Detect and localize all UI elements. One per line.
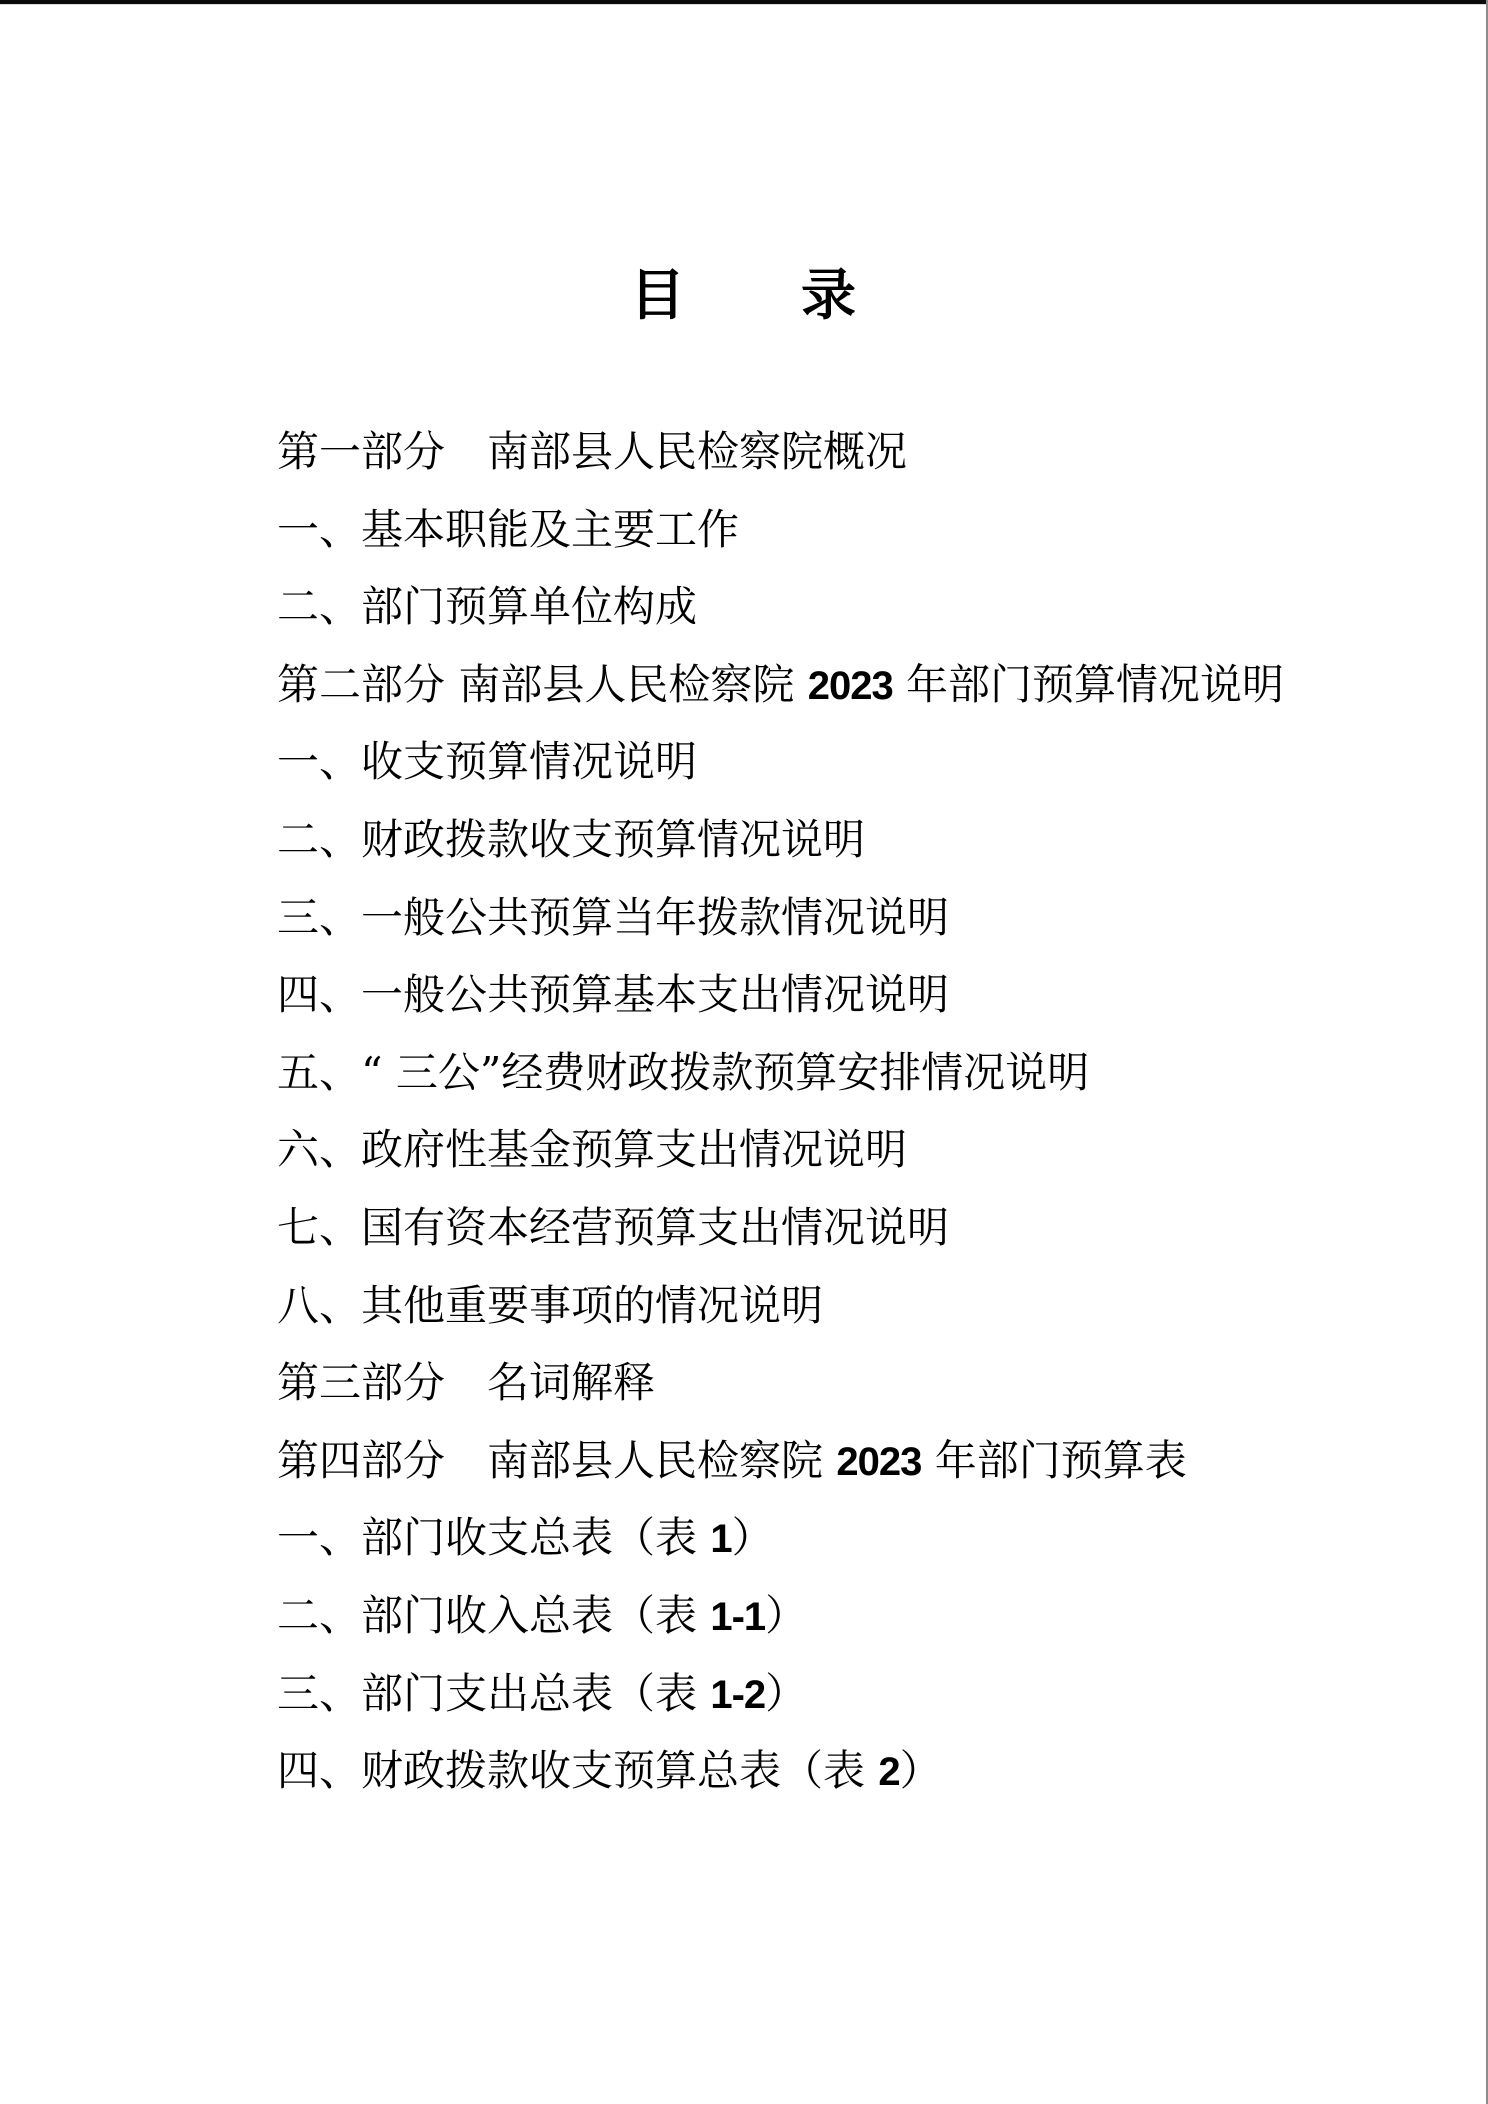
toc-entry-part4-item1: 一、部门收支总表（表 1）	[277, 1514, 1397, 1592]
toc-entry-part2: 第二部分 南部县人民检察院 2023 年部门预算情况说明	[277, 661, 1397, 739]
toc-entry-part2-item4: 四、一般公共预算基本支出情况说明	[277, 971, 1397, 1049]
document-page: 目 录 第一部分 南部县人民检察院概况 一、基本职能及主要工作 二、部门预算单位…	[0, 0, 1488, 2104]
toc-entry-part4-item2: 二、部门收入总表（表 1-1）	[277, 1592, 1397, 1670]
toc-entry-part3: 第三部分 名词解释	[277, 1359, 1397, 1437]
toc-list: 第一部分 南部县人民检察院概况 一、基本职能及主要工作 二、部门预算单位构成 第…	[277, 428, 1397, 1825]
toc-entry-part2-item3: 三、一般公共预算当年拨款情况说明	[277, 894, 1397, 972]
toc-entry-part1-item1: 一、基本职能及主要工作	[277, 506, 1397, 584]
toc-entry-part2-item1: 一、收支预算情况说明	[277, 738, 1397, 816]
toc-entry-part4-item4: 四、财政拨款收支预算总表（表 2）	[277, 1747, 1397, 1825]
toc-entry-part1-item2: 二、部门预算单位构成	[277, 583, 1397, 661]
toc-entry-part4-item3: 三、部门支出总表（表 1-2）	[277, 1670, 1397, 1748]
toc-entry-part2-item6: 六、政府性基金预算支出情况说明	[277, 1126, 1397, 1204]
toc-entry-part2-item2: 二、财政拨款收支预算情况说明	[277, 816, 1397, 894]
toc-entry-part2-item8: 八、其他重要事项的情况说明	[277, 1282, 1397, 1360]
toc-entry-part2-item5: 五、“ 三公”经费财政拨款预算安排情况说明	[277, 1049, 1397, 1127]
toc-entry-part2-item7: 七、国有资本经营预算支出情况说明	[277, 1204, 1397, 1282]
toc-entry-part1: 第一部分 南部县人民检察院概况	[277, 428, 1397, 506]
toc-entry-part4: 第四部分 南部县人民检察院 2023 年部门预算表	[277, 1437, 1397, 1515]
page-top-edge	[0, 0, 1488, 5]
toc-title: 目 录	[0, 262, 1488, 328]
